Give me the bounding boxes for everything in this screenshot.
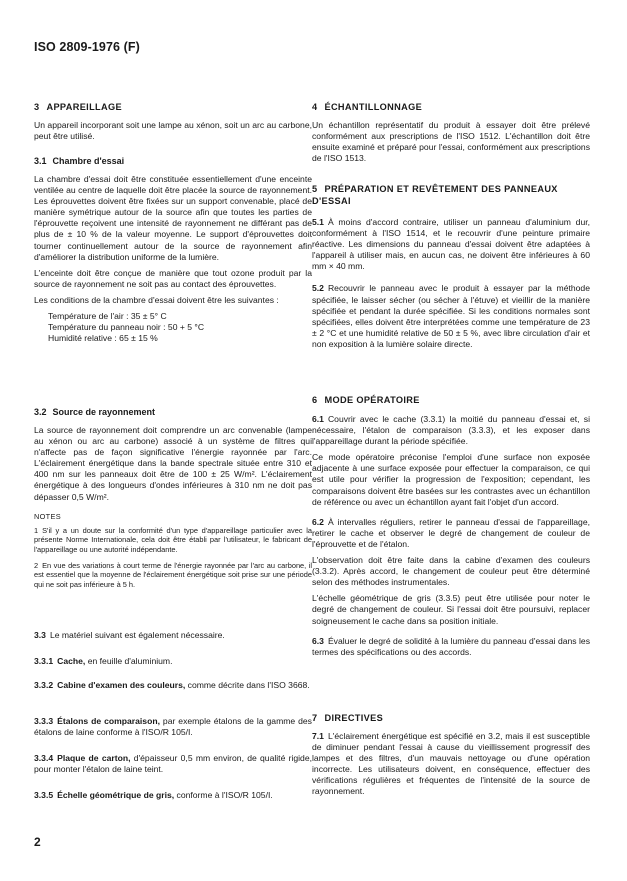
item-text: comme décrite dans l'ISO 3668. <box>185 680 309 690</box>
paragraph: 5.2Recouvrir le panneau avec le produit … <box>312 283 590 350</box>
item-number: 3.3.2 <box>34 680 53 690</box>
section-3-3: 3.3Le matériel suivant est également néc… <box>34 630 312 641</box>
item-number: 3.3.5 <box>34 790 53 800</box>
item-term: Cache, <box>57 656 85 666</box>
item-term: Échelle géométrique de gris, <box>57 790 174 800</box>
item-number: 3.3.3 <box>34 716 53 726</box>
document-id-header: ISO 2809-1976 (F) <box>34 40 140 54</box>
paragraph: La source de rayonnement doit comprendre… <box>34 425 312 503</box>
subsection-heading: 3.1Chambre d'essai <box>34 155 312 167</box>
subsection-title: Source de rayonnement <box>53 407 156 417</box>
item-3-3-4: 3.3.4Plaque de carton, d'épaisseur 0,5 m… <box>34 753 312 775</box>
item-text: À intervalles réguliers, retirer le pann… <box>312 517 590 549</box>
paragraph: 6.2À intervalles réguliers, retirer le p… <box>312 517 590 550</box>
condition-item: Humidité relative : 65 ± 15 % <box>48 333 312 344</box>
paragraph: 5.1À moins d'accord contraire, utiliser … <box>312 217 590 272</box>
item-number: 3.3.1 <box>34 656 53 666</box>
paragraph: 7.1L'éclairement énergétique est spécifi… <box>312 731 590 798</box>
item-term: Étalons de comparaison, <box>57 716 160 726</box>
section-title: APPAREILLAGE <box>46 102 122 112</box>
paragraph: L'échelle géométrique de gris (3.3.5) pe… <box>312 593 590 626</box>
item-3-3-3: 3.3.3Étalons de comparaison, par exemple… <box>34 716 312 738</box>
section-title: PRÉPARATION ET REVÊTEMENT DES PANNEAUX D… <box>312 184 558 206</box>
section-3: 3APPAREILLAGE Un appareil incorporant so… <box>34 101 312 142</box>
page-number: 2 <box>34 835 41 849</box>
item-text: Couvrir avec le cache (3.3.1) la moitié … <box>312 414 590 446</box>
item-number: 6.3 <box>312 636 324 646</box>
item-text: Évaluer le degré de solidité à la lumièr… <box>312 636 590 657</box>
section-7: 7DIRECTIVES 7.1L'éclairement énergétique… <box>312 712 590 798</box>
paragraph: 6.3Évaluer le degré de solidité à la lum… <box>312 636 590 658</box>
section-heading: 6MODE OPÉRATOIRE <box>312 394 590 406</box>
section-title: ÉCHANTILLONNAGE <box>324 102 422 112</box>
paragraph: Les conditions de la chambre d'essai doi… <box>34 295 312 306</box>
notes-title: NOTES <box>34 512 312 522</box>
note-item: 2En vue des variations à court terme de … <box>34 561 312 590</box>
section-5: 5PRÉPARATION ET REVÊTEMENT DES PANNEAUX … <box>312 183 590 350</box>
section-heading: 5PRÉPARATION ET REVÊTEMENT DES PANNEAUX … <box>312 183 590 207</box>
paragraph: 3.3.5Échelle géométrique de gris, confor… <box>34 790 312 801</box>
section-heading: 7DIRECTIVES <box>312 712 590 724</box>
subsection-text: Le matériel suivant est également nécess… <box>50 630 225 640</box>
paragraph: L'enceinte doit être conçue de manière q… <box>34 268 312 290</box>
paragraph: 3.3.1Cache, en feuille d'aluminium. <box>34 656 312 667</box>
conditions-list: Température de l'air : 35 ± 5° C Tempéra… <box>34 311 312 344</box>
paragraph: 3.3.2Cabine d'examen des couleurs, comme… <box>34 680 312 691</box>
section-4: 4ÉCHANTILLONNAGE Un échantillon représen… <box>312 101 590 164</box>
section-3-2: 3.2Source de rayonnement La source de ra… <box>34 406 312 590</box>
paragraph: 3.3Le matériel suivant est également néc… <box>34 630 312 641</box>
subsection-number: 3.1 <box>34 156 47 166</box>
section-number: 6 <box>312 395 317 405</box>
section-6: 6MODE OPÉRATOIRE 6.1Couvrir avec le cach… <box>312 394 590 658</box>
note-item: 1S'il y a un doute sur la conformité d'u… <box>34 526 312 555</box>
paragraph: L'observation doit être faite dans la ca… <box>312 555 590 588</box>
subsection-number: 3.3 <box>34 630 46 640</box>
note-text: S'il y a un doute sur la conformité d'un… <box>34 526 312 554</box>
section-number: 4 <box>312 102 317 112</box>
section-body: Un appareil incorporant soit une lampe a… <box>34 120 312 142</box>
item-number: 5.2 <box>312 283 324 293</box>
item-term: Plaque de carton, <box>57 753 130 763</box>
section-title: DIRECTIVES <box>324 713 383 723</box>
item-text: L'éclairement énergétique est spécifié e… <box>312 731 590 796</box>
item-number: 7.1 <box>312 731 324 741</box>
item-number: 6.2 <box>312 517 324 527</box>
note-text: En vue des variations à court terme de l… <box>34 561 312 589</box>
subsection-number: 3.2 <box>34 407 47 417</box>
paragraph: Ce mode opératoire préconise l'emploi d'… <box>312 452 590 507</box>
item-text: À moins d'accord contraire, utiliser un … <box>312 217 590 271</box>
paragraph: 3.3.3Étalons de comparaison, par exemple… <box>34 716 312 738</box>
paragraph: 3.3.4Plaque de carton, d'épaisseur 0,5 m… <box>34 753 312 775</box>
section-number: 5 <box>312 184 317 194</box>
item-3-3-2: 3.3.2Cabine d'examen des couleurs, comme… <box>34 680 312 691</box>
paragraph: La chambre d'essai doit être constituée … <box>34 174 312 263</box>
paragraph: 6.1Couvrir avec le cache (3.3.1) la moit… <box>312 414 590 447</box>
item-term: Cabine d'examen des couleurs, <box>57 680 185 690</box>
condition-item: Température de l'air : 35 ± 5° C <box>48 311 312 322</box>
section-body: Un échantillon représentatif du produit … <box>312 120 590 164</box>
section-heading: 4ÉCHANTILLONNAGE <box>312 101 590 113</box>
section-3-1: 3.1Chambre d'essai La chambre d'essai do… <box>34 155 312 344</box>
section-title: MODE OPÉRATOIRE <box>324 395 419 405</box>
item-text: conforme à l'ISO/R 105/I. <box>174 790 273 800</box>
item-number: 3.3.4 <box>34 753 53 763</box>
item-3-3-5: 3.3.5Échelle géométrique de gris, confor… <box>34 790 312 801</box>
item-number: 5.1 <box>312 217 324 227</box>
section-heading: 3APPAREILLAGE <box>34 101 312 113</box>
subsection-heading: 3.2Source de rayonnement <box>34 406 312 418</box>
section-number: 7 <box>312 713 317 723</box>
item-3-3-1: 3.3.1Cache, en feuille d'aluminium. <box>34 656 312 667</box>
item-text: en feuille d'aluminium. <box>85 656 172 666</box>
section-number: 3 <box>34 102 39 112</box>
note-number: 1 <box>34 526 38 535</box>
item-number: 6.1 <box>312 414 324 424</box>
subsection-title: Chambre d'essai <box>53 156 125 166</box>
item-text: Recouvrir le panneau avec le produit à e… <box>312 283 590 348</box>
condition-item: Température du panneau noir : 50 + 5 °C <box>48 322 312 333</box>
note-number: 2 <box>34 561 38 570</box>
